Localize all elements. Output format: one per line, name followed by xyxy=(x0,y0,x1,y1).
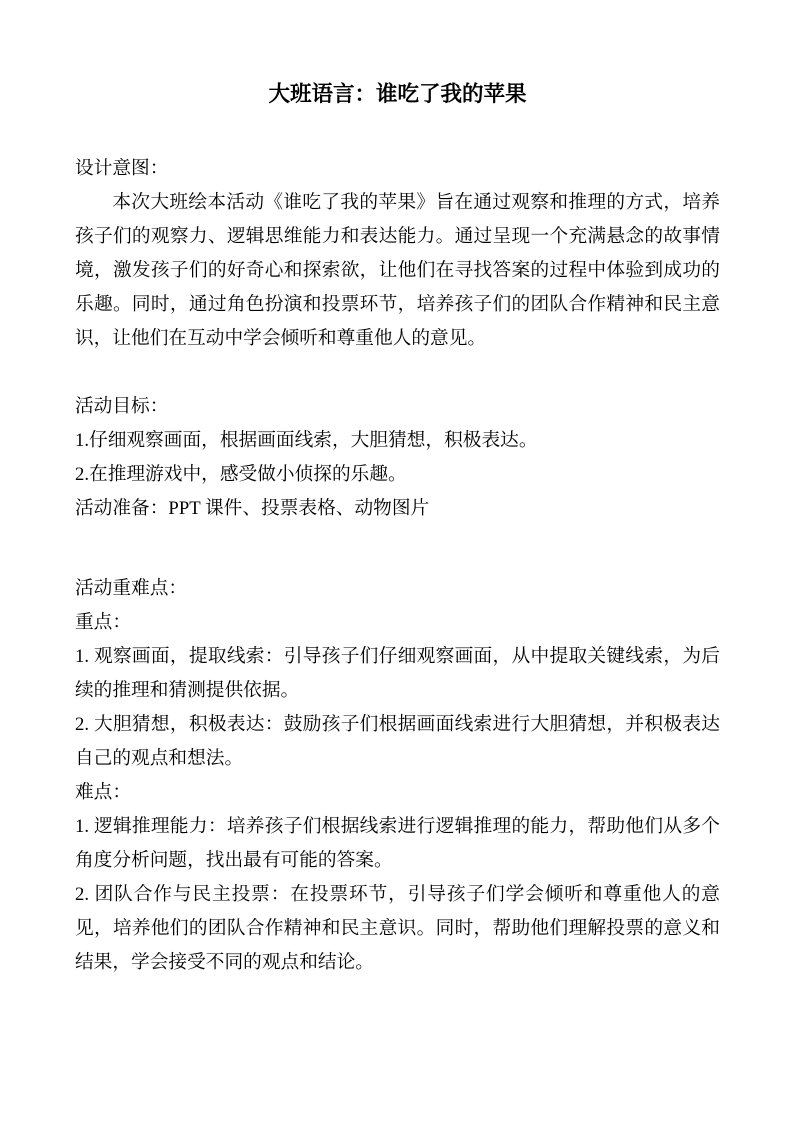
difficulties-label: 难点： xyxy=(75,776,720,810)
key-points-label: 重点： xyxy=(75,606,720,640)
key-point-item-2: 2. 大胆猜想，积极表达：鼓励孩子们根据画面线索进行大胆猜想，并积极表达自己的观… xyxy=(75,708,720,776)
difficulty-item-1: 1. 逻辑推理能力：培养孩子们根据线索进行逻辑推理的能力，帮助他们从多个角度分析… xyxy=(75,810,720,878)
goal-item-2: 2.在推理游戏中，感受做小侦探的乐趣。 xyxy=(75,458,720,492)
goal-item-1: 1.仔细观察画面，根据画面线索，大胆猜想，积极表达。 xyxy=(75,424,720,458)
goals-heading: 活动目标： xyxy=(75,390,720,424)
key-difficulties-heading: 活动重难点： xyxy=(75,572,720,606)
key-point-item-1: 1. 观察画面，提取线索：引导孩子们仔细观察画面，从中提取关键线索，为后续的推理… xyxy=(75,640,720,708)
design-intent-paragraph: 本次大班绘本活动《谁吃了我的苹果》旨在通过观察和推理的方式，培养孩子们的观察力、… xyxy=(75,186,720,356)
design-intent-heading: 设计意图： xyxy=(75,152,720,186)
preparation-line: 活动准备：PPT 课件、投票表格、动物图片 xyxy=(75,492,720,526)
section-goals: 活动目标： 1.仔细观察画面，根据画面线索，大胆猜想，积极表达。 2.在推理游戏… xyxy=(75,390,720,526)
difficulty-item-2: 2. 团队合作与民主投票：在投票环节，引导孩子们学会倾听和尊重他人的意见，培养他… xyxy=(75,878,720,980)
section-design-intent: 设计意图： 本次大班绘本活动《谁吃了我的苹果》旨在通过观察和推理的方式，培养孩子… xyxy=(75,152,720,356)
section-key-difficulties: 活动重难点： 重点： 1. 观察画面，提取线索：引导孩子们仔细观察画面，从中提取… xyxy=(75,572,720,980)
document-title: 大班语言：谁吃了我的苹果 xyxy=(75,78,720,111)
document-page: 大班语言：谁吃了我的苹果 设计意图： 本次大班绘本活动《谁吃了我的苹果》旨在通过… xyxy=(0,0,794,1123)
